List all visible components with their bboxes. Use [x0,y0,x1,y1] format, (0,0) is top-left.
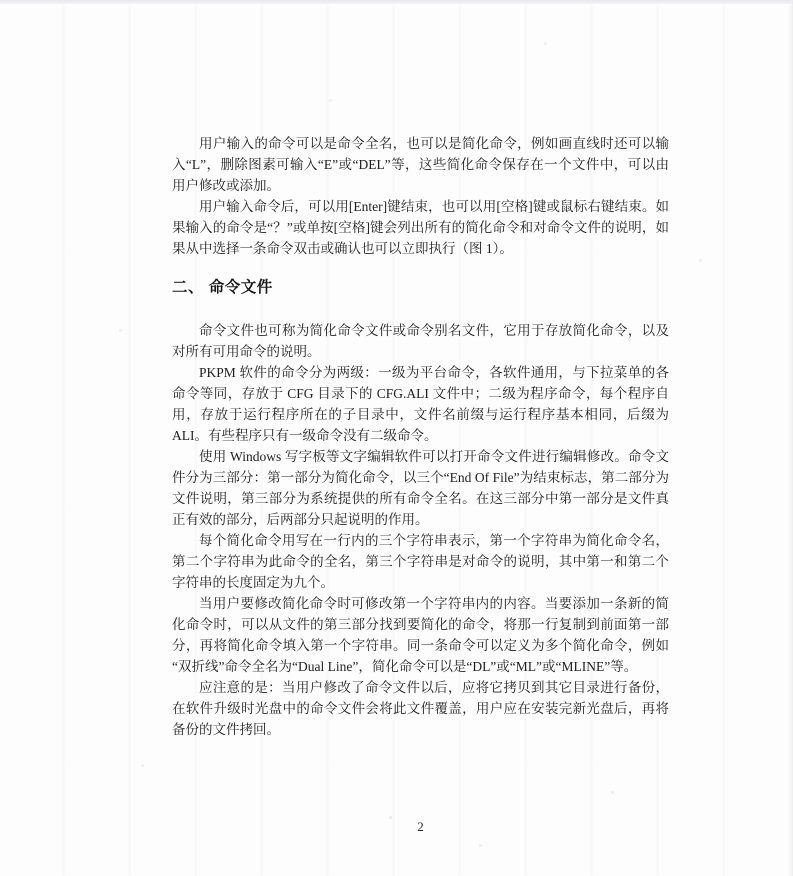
paragraph-pkpm-command-levels: PKPM 软件的命令分为两级：一级为平台命令，各软件通用，与下拉菜单的各命令等同… [172,362,669,446]
document-body: 用户输入的命令可以是命令全名，也可以是简化命令，例如画直线时还可以输入“L”，删… [172,133,669,740]
paragraph-user-input-commands: 用户输入的命令可以是命令全名，也可以是简化命令，例如画直线时还可以输入“L”，删… [172,133,669,196]
paragraph-three-strings-format: 每个简化命令用写在一行内的三个字符串表示，第一个字符串为简化命令名，第二个字符串… [172,530,669,593]
paragraph-modify-add-commands: 当用户要修改简化命令时可修改第一个字符串内的内容。当要添加一条新的简化命令时，可… [172,593,669,677]
paragraph-editing-command-file: 使用 Windows 写字板等文字编辑软件可以打开命令文件进行编辑修改。命令文件… [172,446,669,530]
page-top-edge-shadow [0,0,793,4]
paragraph-command-file-definition: 命令文件也可称为简化命令文件或命令别名文件，它用于存放简化命令，以及对所有可用命… [172,320,669,362]
paragraph-command-termination: 用户输入命令后，可以用[Enter]键结束，也可以用[空格]键或鼠标右键结束。如… [172,196,669,259]
section-heading-command-file: 二、 命令文件 [172,277,669,299]
scanned-document-page: 用户输入的命令可以是命令全名，也可以是简化命令，例如画直线时还可以输入“L”，删… [0,0,793,876]
paragraph-backup-warning: 应注意的是：当用户修改了命令文件以后，应将它拷贝到其它目录进行备份，在软件升级时… [172,677,669,740]
scan-noise-speckles [0,0,1,1]
page-number: 2 [172,819,669,835]
